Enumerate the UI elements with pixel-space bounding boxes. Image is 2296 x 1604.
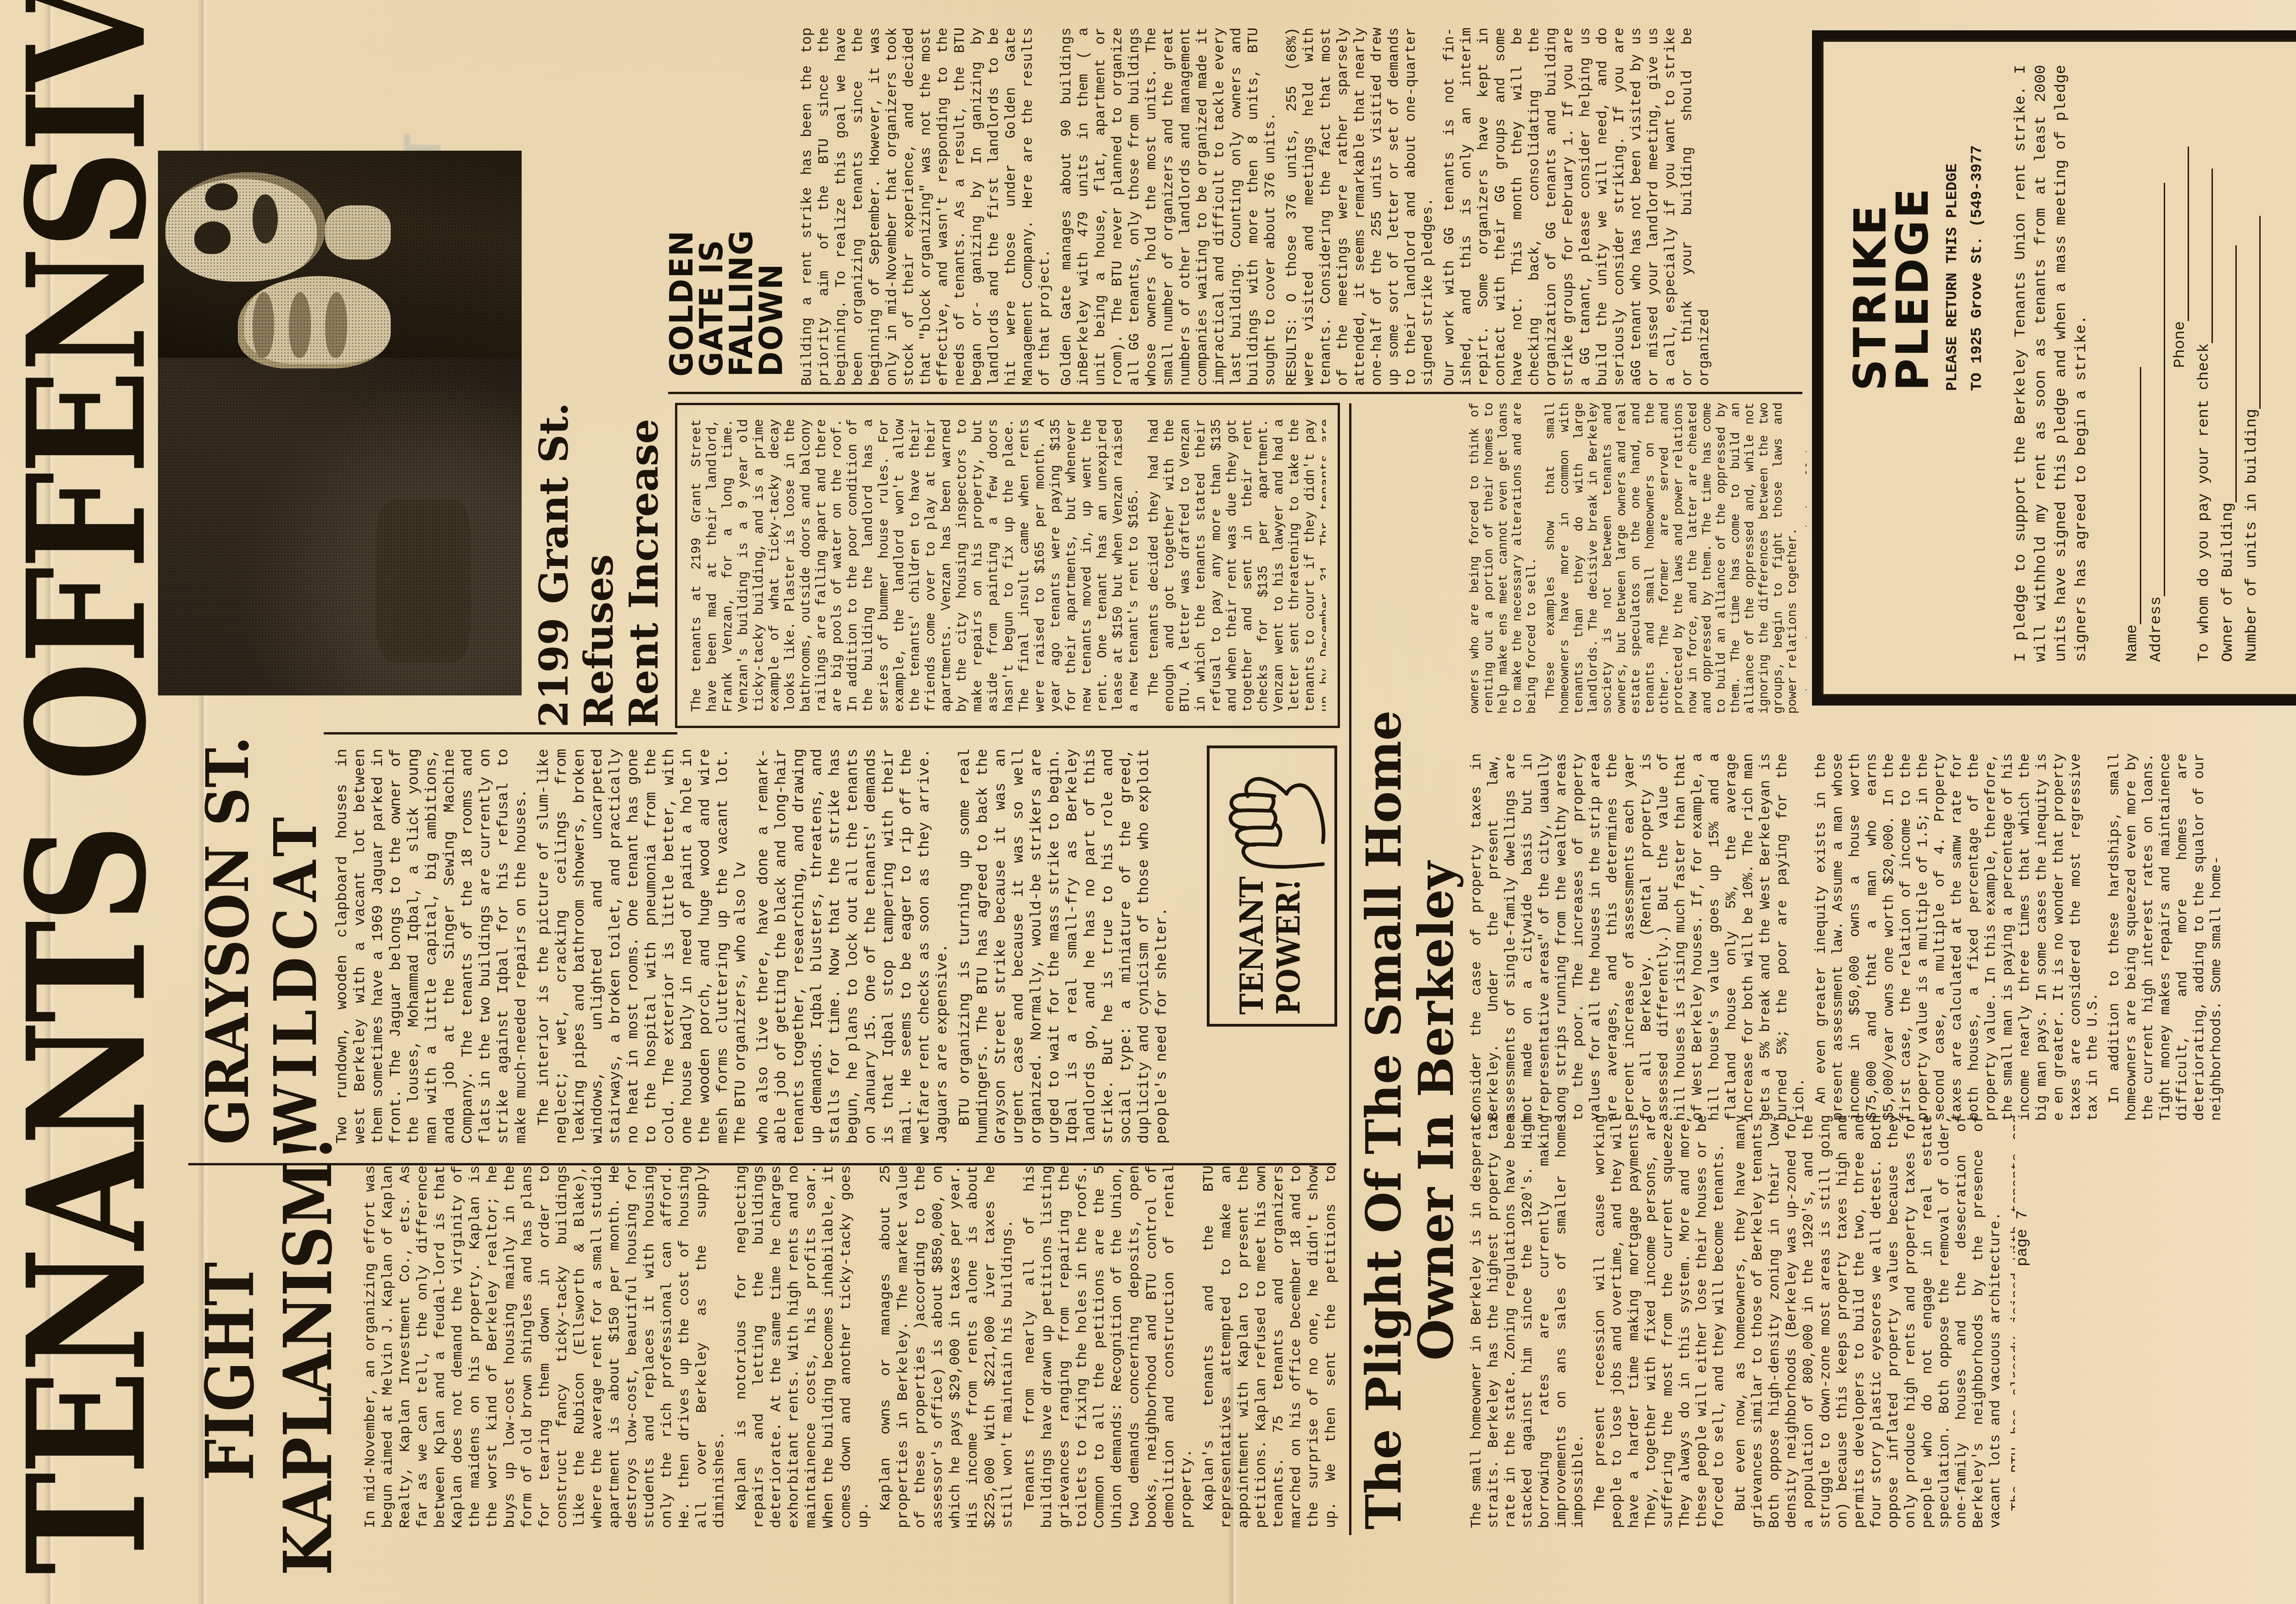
scanned-newspaper-page: SUPPORT Tight money makes repairs and ma… [0,0,2296,1604]
paragraph: The present recession will cause working… [1592,1115,1728,1528]
paragraph: These examples show that small homeowner… [1544,402,1801,714]
paragraph: In mid-November, an organizing effort wa… [362,1165,728,1528]
tenant-power-box: TENANT POWER! [1207,746,1337,1027]
paragraph: BTU organizing is turning up some real h… [956,749,1171,1144]
fill-in-line [2126,367,2141,624]
fill-in-line [2150,183,2165,596]
wildcat-headline-line1: GRAYSON ST. [193,736,263,1145]
pledge-paragraph: I pledge to support the Berkeley Tenants… [2011,65,2092,662]
goldengate-headline: GOLDEN GATE IS FALLING DOWN [667,229,786,377]
kaplanism-article-body: In mid-November, an organizing effort wa… [362,1165,1340,1528]
paragraph: who also live there, have done a remark-… [754,749,951,1144]
goldengate-headline-line4: DOWN [756,229,786,377]
fill-in-line [2245,216,2261,409]
halftone-overlay [158,151,522,695]
paragraph: Golden Gate manages about 90 buildings i… [1058,28,1279,386]
field-label: Address [2148,596,2165,662]
paragraph: Kaplan's tenants and the BTU representat… [1200,1165,1340,1528]
paragraph: The small homeowner in Berkeley is in de… [1469,1115,1587,1528]
newspaper-portrait-page: SUPPORT Tight money makes repairs and ma… [0,0,2296,1604]
page-number: page 7 [2014,1210,2032,1266]
pledge-title: STRIKE PLEDGE [1849,186,1934,391]
pledge-field-name: Name [2124,65,2141,662]
pledge-title-line1: STRIKE [1849,186,1891,391]
pledge-field-phone: Phone [2172,65,2189,368]
kaplanism-headline-line2: KAPLANISM! [270,1135,347,1576]
fill-in-line [2222,245,2237,503]
pledge-body: I pledge to support the Berkeley Tenants… [2011,65,2107,662]
pledge-field-units: Number of units in building [2243,65,2261,662]
grant-headline-line2: Refuses [577,554,622,728]
fill-in-line [2174,147,2189,321]
pledge-form: Name Address Phone To whom do you pay yo… [2117,65,2261,662]
paragraph: owners who are being forced to think of … [1469,402,1540,714]
pledge-field-owner: Owner of Building [2219,65,2237,662]
paragraph: The interior is the picture of slum-like… [535,749,750,1144]
field-label: Number of units in building [2243,409,2261,662]
grant-headline-line3: Rent Increase [622,419,667,728]
plight-headline-line1: The Plight Of The Small Home [1358,710,1410,1530]
paragraph: Kaplan owns or manages about 25 properti… [877,1165,1017,1528]
column-rule [668,392,1802,394]
paragraph: In addition to these hardships, small ho… [2106,753,2225,1121]
plight-headline-line2: Owner In Berkeley [1411,861,1462,1361]
field-label: To whom do you pay your rent check [2195,343,2213,662]
paragraph: The BTU has already joined with tenants … [2009,1115,2015,1528]
strike-pledge-box: STRIKE PLEDGE PLEASE RETURN THIS PLEDGE … [1812,30,2296,706]
column-rule [324,732,677,734]
kaplanism-headline-line1: FIGHT [192,1262,269,1481]
plight-column-a: The small homeowner in Berkeley is in de… [1469,1115,2015,1528]
paragraph: But even now, as homeowners, they have m… [1733,1115,2004,1528]
paragraph: Our work with GG tenants is not fin-ishe… [1441,28,1713,386]
pledge-return-line: PLEASE RETURN THIS PLEDGE [1944,164,1961,391]
field-label: Owner of Building [2219,503,2237,662]
goldengate-headline-line1: GOLDEN [667,229,697,377]
paragraph: The tenants at 2199 Grant Street have be… [689,419,1142,712]
goldengate-headline-line2: GATE IS [697,229,726,377]
plight-column-c: owners who are being forced to think of … [1469,402,1806,714]
page-title: TENANTS OFFENSIVE [7,45,167,1575]
paragraph: Tenants from nearly all of his buildings… [1021,1165,1196,1528]
goldengate-article-body: Building a rent strike has been the top … [799,28,1800,386]
grant-article-box: The tenants at 2199 Grant Street have be… [675,403,1340,728]
pledge-field-address: Address [2148,65,2165,662]
field-label: Phone [2172,321,2189,368]
paragraph: RESULTS: O those 376 units, 255 (68%) we… [1284,28,1437,386]
paragraph: Building a rent strike has been the top … [799,28,1054,386]
pledge-title-line2: PLEDGE [1891,186,1934,391]
fill-in-line [2198,169,2213,343]
wildcat-headline-line2: WILDCAT [261,811,331,1145]
raised-fist-icon [1211,752,1333,904]
paragraph: Kaplan is notorious for neglecting repai… [733,1165,872,1528]
protest-figure-photo [158,151,522,695]
pledge-address-line: TO 1925 Grove St. (549-3977 [1969,145,1986,391]
paragraph: The tenants decided they had had enough … [1147,419,1326,712]
goldengate-headline-line3: FALLING [726,229,756,377]
paragraph: The BTU has not approached small home- [1805,402,1806,714]
paragraph: An even greater inequity exists in the p… [1813,753,2102,1121]
field-label: Name [2124,624,2141,662]
paragraph: Two rundown, wooden clapboard houses in … [333,749,530,1144]
section-rule [1349,403,1351,1535]
grant-article-body: The tenants at 2199 Grant Street have be… [689,419,1326,712]
paragraph: Consider the case of property taxes in B… [1469,753,1808,1121]
grant-headline-line1: 2199 Grant St. [532,402,577,728]
pledge-field-rentcheck: To whom do you pay your rent check [2195,65,2213,662]
strike-pledge-inner: STRIKE PLEDGE PLEASE RETURN THIS PLEDGE … [1821,40,2296,696]
wildcat-article-body: Two rundown, wooden clapboard houses in … [333,749,1197,1144]
plight-column-b: Consider the case of property taxes in B… [1469,753,2296,1121]
